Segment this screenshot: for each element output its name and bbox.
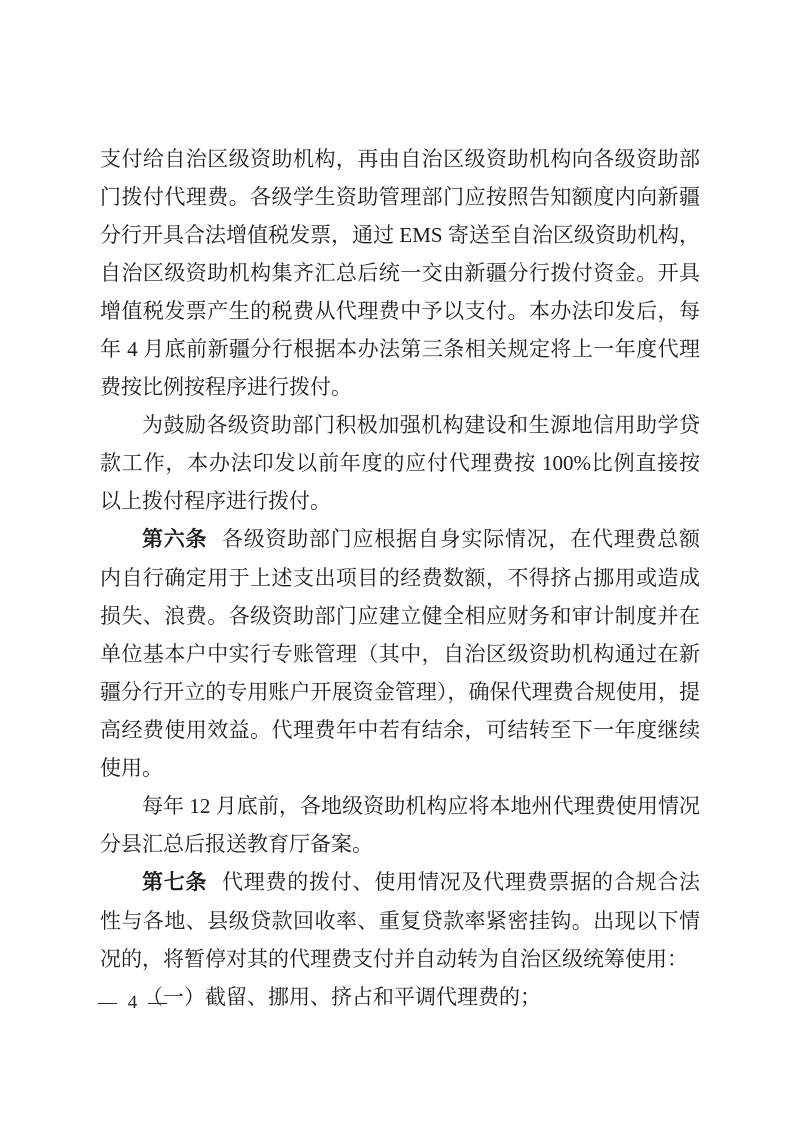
paragraph-article-6: 第六条各级资助部门应根据自身实际情况，在代理费总额内自行确定用于上述支出项目的经… [100,520,700,787]
paragraph-encouragement: 为鼓励各级资助部门积极加强机构建设和生源地信用助学贷款工作，本办法印发以前年度的… [100,406,700,520]
article-6-term: 第六条 [142,528,207,551]
page-number: — 4 — [98,992,170,1014]
paragraph-text: 每年 12 月底前，各地级资助机构应将本地州代理费使用情况分县汇总后报送教育厅备… [100,794,700,856]
document-page: 支付给自治区级资助机构，再由自治区级资助机构向各级资助部门拨付代理费。各级学生资… [0,0,793,1122]
paragraph-text: （一）截留、挪用、挤占和平调代理费的； [142,985,541,1009]
paragraph-item-1: （一）截留、挪用、挤占和平调代理费的； [100,978,700,1016]
paragraph-text: 各级资助部门应根据自身实际情况，在代理费总额内自行确定用于上述支出项目的经费数额… [100,527,700,780]
paragraph-text: 支付给自治区级资助机构，再由自治区级资助机构向各级资助部门拨付代理费。各级学生资… [100,147,700,399]
paragraph-article-7: 第七条代理费的拨付、使用情况及代理费票据的合规合法性与各地、县级贷款回收率、重复… [100,863,700,978]
paragraph-annual-report: 每年 12 月底前，各地级资助机构应将本地州代理费使用情况分县汇总后报送教育厅备… [100,787,700,863]
paragraph-payment-procedure: 支付给自治区级资助机构，再由自治区级资助机构向各级资助部门拨付代理费。各级学生资… [100,140,700,406]
document-content: 支付给自治区级资助机构，再由自治区级资助机构向各级资助部门拨付代理费。各级学生资… [100,140,700,1016]
paragraph-text: 为鼓励各级资助部门积极加强机构建设和生源地信用助学贷款工作，本办法印发以前年度的… [100,413,700,513]
article-7-term: 第七条 [142,871,207,894]
